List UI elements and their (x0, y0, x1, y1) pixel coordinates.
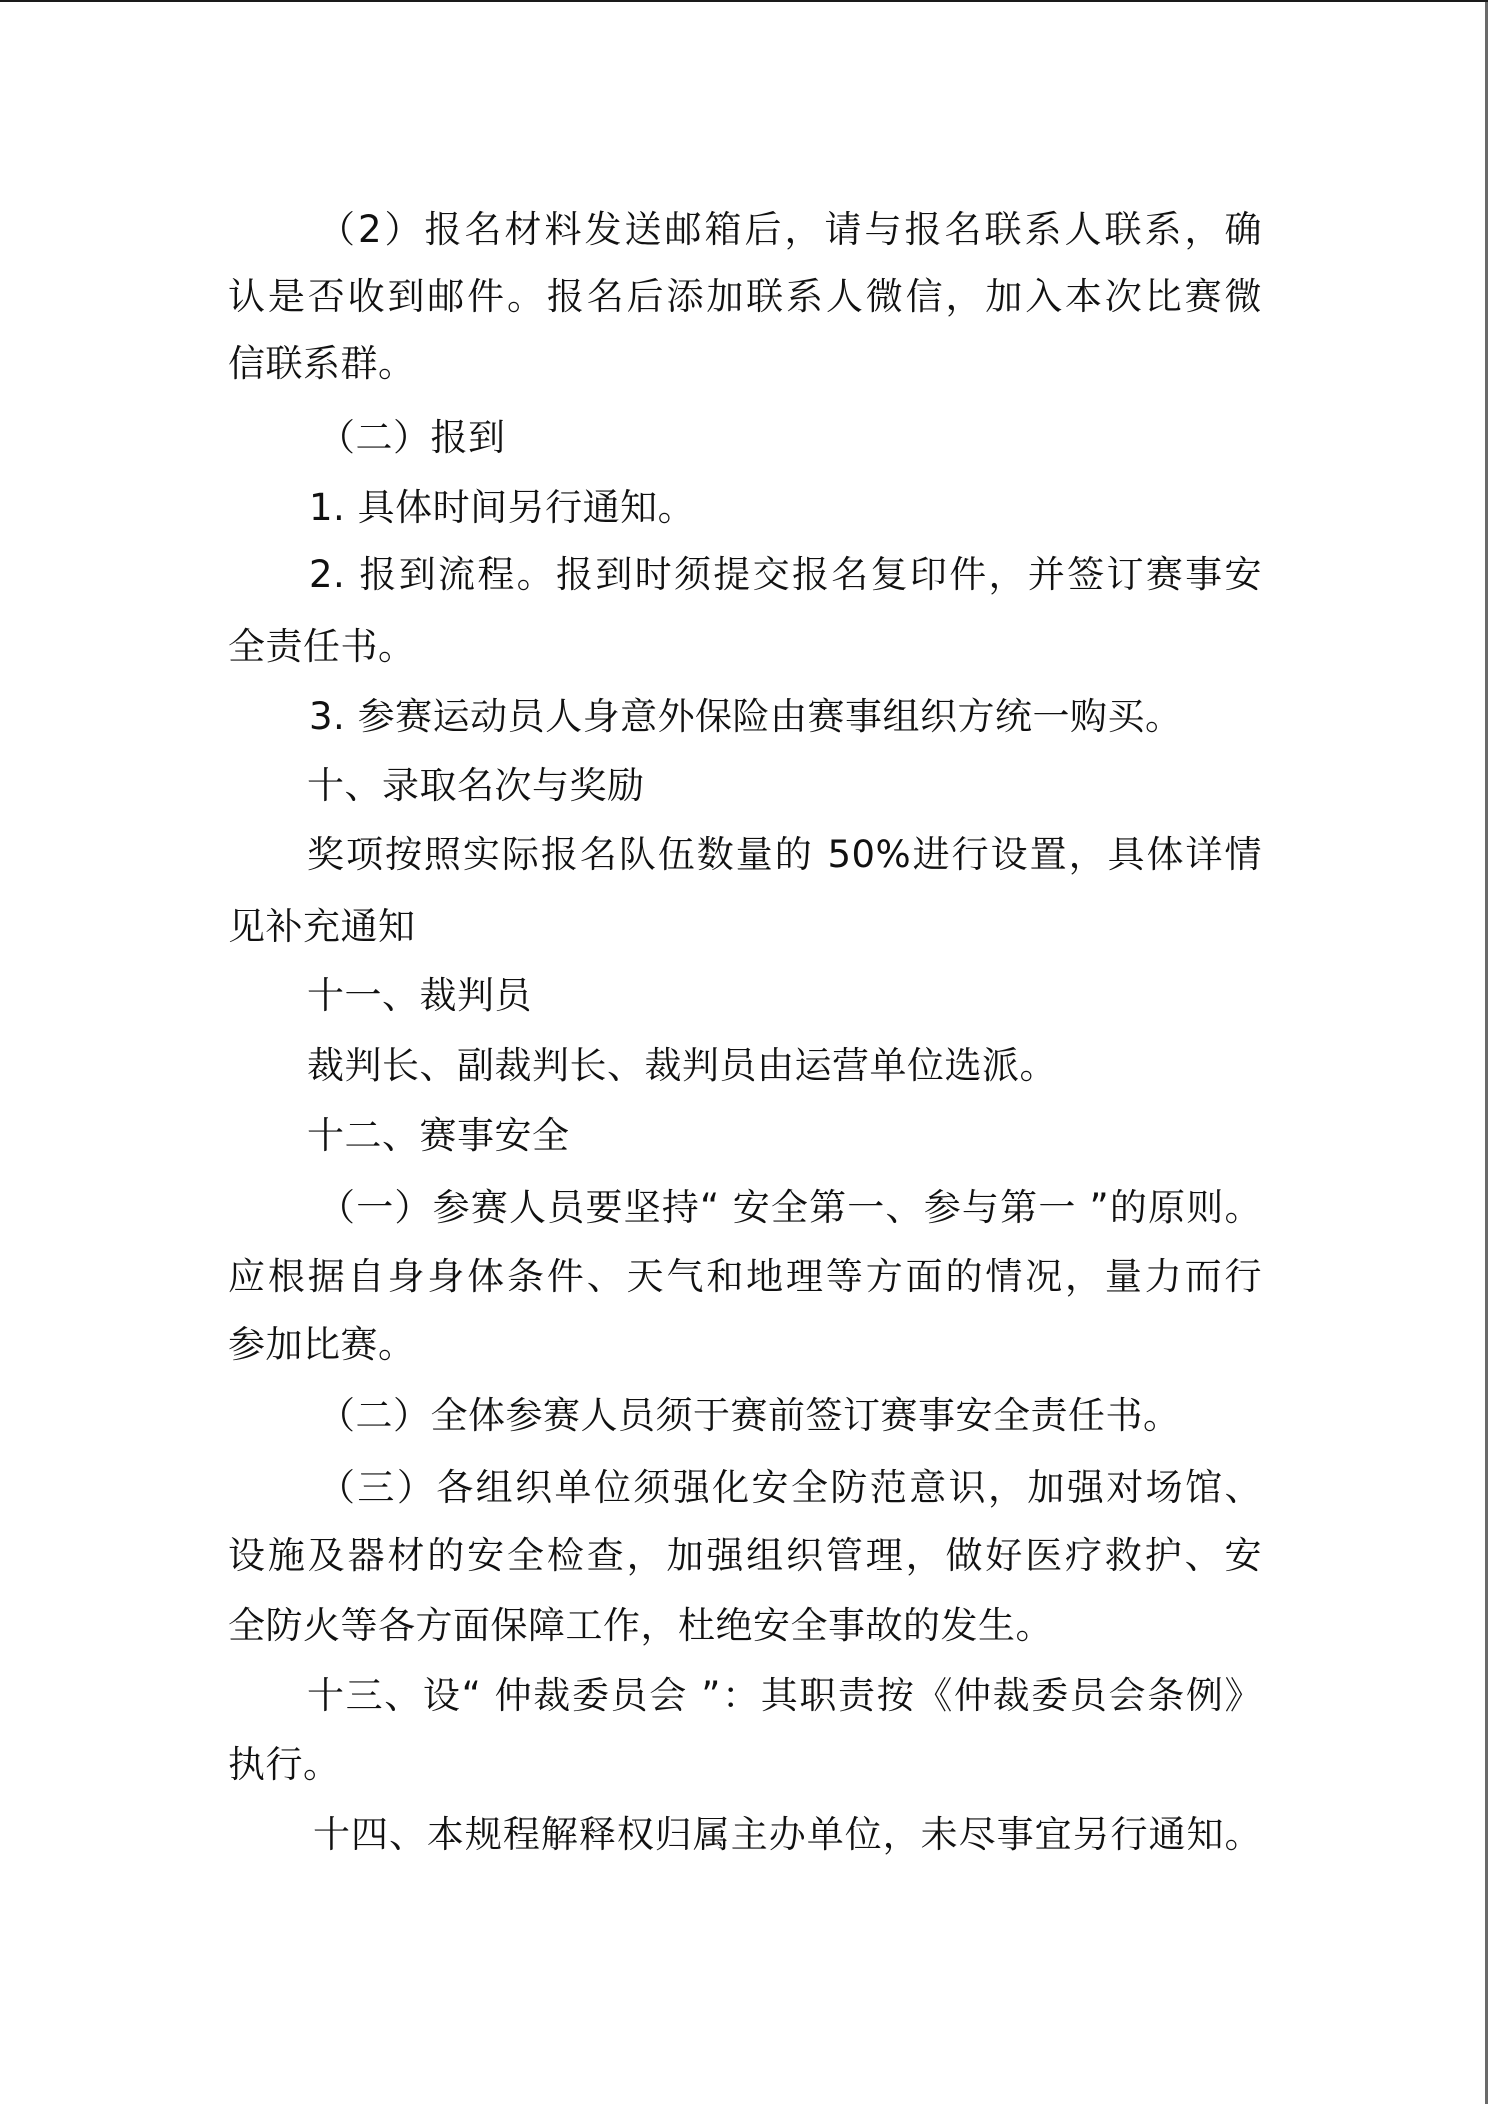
section-heading: 十四、本规程解释权归属主办单位，未尽事宜另行通知。 (313, 1813, 1262, 1857)
list-item: （三）各组织单位须强化安全防范意识，加强对场馆、 (318, 1466, 1262, 1510)
list-item: （二）全体参赛人员须于赛前签订赛事安全责任书。 (318, 1394, 1181, 1438)
text-line: 奖项按照实际报名队伍数量的 50%进行设置，具体详情 (307, 833, 1262, 877)
text-line: 全防火等各方面保障工作，杜绝安全事故的发生。 (228, 1604, 1053, 1648)
text-line: 设施及器材的安全检查，加强组织管理，做好医疗救护、安 (228, 1534, 1262, 1578)
section-heading: （二）报到 (318, 416, 506, 460)
section-heading: 十二、赛事安全 (307, 1114, 570, 1158)
list-item: （一）参赛人员要坚持“ 安全第一、参与第一 ”的原则。 (318, 1186, 1262, 1230)
list-item: 1. 具体时间另行通知。 (309, 486, 695, 530)
text-line: 信联系群。 (228, 342, 416, 386)
list-item: 2. 报到流程。报到时须提交报名复印件，并签订赛事安 (309, 553, 1262, 597)
section-heading: 十一、裁判员 (307, 974, 532, 1018)
text-line: 执行。 (228, 1743, 341, 1787)
section-heading: 十三、设“ 仲裁委员会 ”：其职责按《仲裁委员会条例》 (307, 1674, 1262, 1718)
text-line: 见补充通知 (228, 905, 416, 949)
text-line: 全责任书。 (228, 625, 416, 669)
text-line: 应根据自身身体条件、天气和地理等方面的情况，量力而行 (228, 1255, 1262, 1299)
text-line: 参加比赛。 (228, 1323, 416, 1367)
text-line: 裁判长、副裁判长、裁判员由运营单位选派。 (307, 1044, 1057, 1088)
text-line: （2）报名材料发送邮箱后，请与报名联系人联系，确 (318, 208, 1262, 252)
text-line: 认是否收到邮件。报名后添加联系人微信，加入本次比赛微 (228, 275, 1262, 319)
document-page: （2）报名材料发送邮箱后，请与报名联系人联系，确 认是否收到邮件。报名后添加联系… (0, 0, 1488, 2104)
section-heading: 十、录取名次与奖励 (307, 764, 645, 808)
list-item: 3. 参赛运动员人身意外保险由赛事组织方统一购买。 (309, 695, 1183, 739)
